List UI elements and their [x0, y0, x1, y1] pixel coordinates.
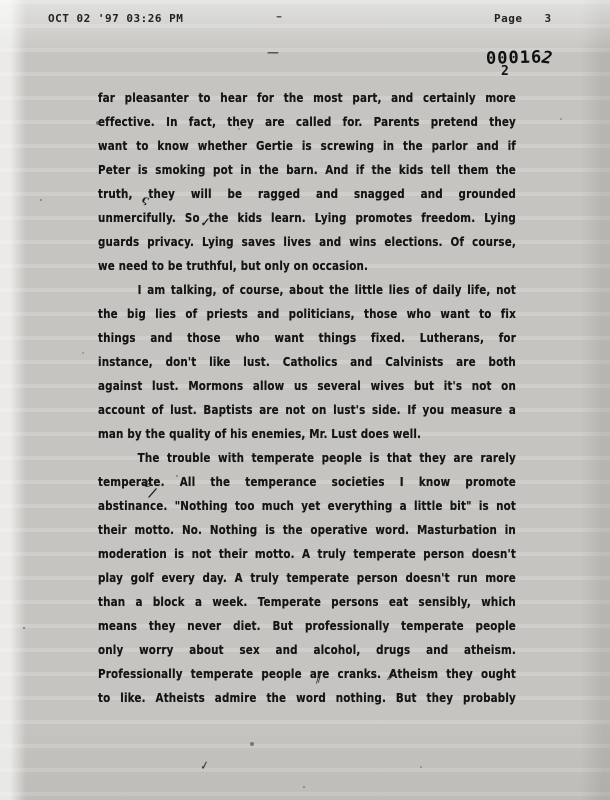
page-label: Page: [494, 12, 523, 25]
text-line: things and those who want things fixed. …: [98, 326, 516, 350]
text-line: far pleasanter to hear for the most part…: [98, 86, 516, 110]
stamp-prefix: 00016: [486, 47, 543, 68]
text-line: abstinance. "Nothing too much yet everyt…: [98, 494, 516, 518]
bates-stamp: 000162: [486, 47, 554, 69]
text-line: The trouble with temperate people is tha…: [98, 446, 516, 470]
stamp-handwritten-digit: 2: [541, 48, 555, 69]
fax-datetime: OCT 02 '97 03:26 PM: [48, 12, 183, 25]
document-text: far pleasanter to hear for the most part…: [98, 86, 516, 710]
text-line: I am talking, of course, about the littl…: [98, 278, 516, 302]
text-line: Peter is smoking pot in the barn. And if…: [98, 158, 516, 182]
text-line: their motto. No. Nothing is the operativ…: [98, 518, 516, 542]
text-line: guards privacy. Lying saves lives and wi…: [98, 230, 516, 254]
handwritten-checkmark: ✓: [199, 216, 210, 228]
handwritten-stray-mark: ✓: [199, 761, 210, 773]
scanned-fax-page: OCT 02 '97 03:26 PM Page3 000162 2 far p…: [0, 0, 610, 800]
text-line: means they never diet. But professionall…: [98, 614, 516, 638]
text-line: man by the quality of his enemies, Mr. L…: [98, 422, 516, 446]
text-line: account of lust. Baptists are not on lus…: [98, 398, 516, 422]
text-line: against lust. Mormons allow us several w…: [98, 374, 516, 398]
text-line: than a block a week. Temperate persons e…: [98, 590, 516, 614]
paper-specks: [0, 0, 2, 2]
text-line: temperate. All the temperance societies …: [98, 470, 516, 494]
handwritten-page-note: 2: [501, 64, 509, 79]
text-line: we need to be truthful, but only on occa…: [98, 254, 516, 278]
text-line: effective. In fact, they are called for.…: [98, 110, 516, 134]
fax-header: OCT 02 '97 03:26 PM Page3: [0, 12, 610, 28]
text-line: to like. Atheists admire the word nothin…: [98, 686, 516, 710]
text-line: the big lies of priests and politicians,…: [98, 302, 516, 326]
handwritten-dash-mark: —: [267, 46, 279, 58]
page-indicator: Page3: [494, 12, 552, 25]
text-line: unmercifully. So the kids learn. Lying p…: [98, 206, 516, 230]
text-line: want to know whether Gertie is screwing …: [98, 134, 516, 158]
handwritten-dash-mark: –: [276, 10, 282, 22]
text-line: play golf every day. A truly temperate p…: [98, 566, 516, 590]
text-line: Professionally temperate people are cran…: [98, 662, 516, 686]
text-line: only worry about sex and alcohol, drugs …: [98, 638, 516, 662]
page-number: 3: [545, 12, 552, 25]
text-line: moderation is not their motto. A truly t…: [98, 542, 516, 566]
text-line: truth, they will be ragged and snagged a…: [98, 182, 516, 206]
text-line: instance, don't like lust. Catholics and…: [98, 350, 516, 374]
